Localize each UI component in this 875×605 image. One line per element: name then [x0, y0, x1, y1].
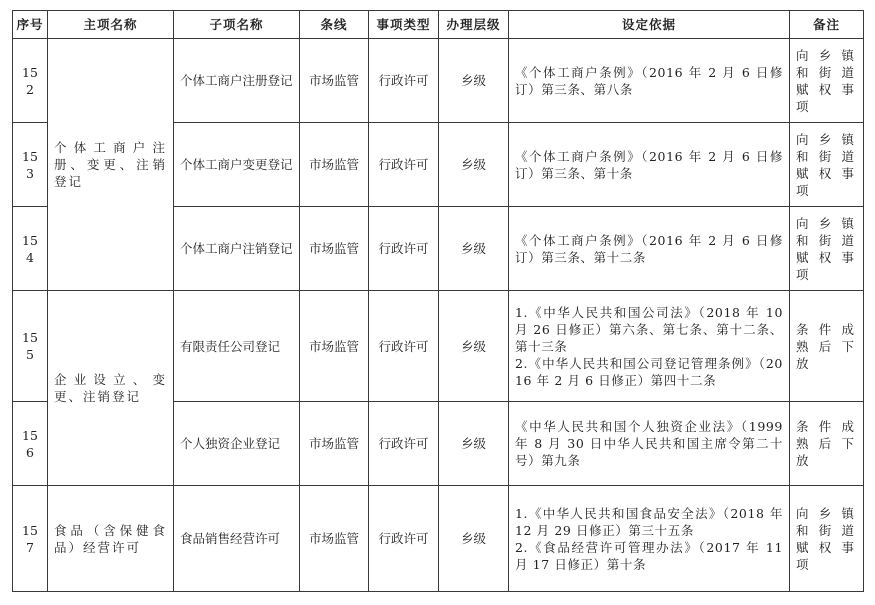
sub-item-cell: 个体工商户注销登记 [174, 207, 300, 291]
level-cell: 乡级 [439, 123, 509, 207]
table-row: 157 食品（含保健食品）经营许可 食品销售经营许可 市场监管 行政许可 乡级 … [13, 486, 864, 592]
line-cell: 市场监管 [300, 486, 369, 592]
sub-item-cell: 个人独资企业登记 [174, 402, 300, 486]
basis-line: 1.《中华人民共和国公司法》（2018 年 10 月 26 日修正）第六条、第七… [515, 304, 783, 355]
sub-item-cell: 个体工商户变更登记 [174, 123, 300, 207]
level-cell: 乡级 [439, 39, 509, 123]
header-level: 办理层级 [439, 11, 509, 39]
basis-line: 《个体工商户条例》（2016 年 2 月 6 日修订）第三条、第十二条 [515, 232, 783, 266]
items-table: 序号 主项名称 子项名称 条线 事项类型 办理层级 设定依据 备注 152 个体… [12, 10, 864, 592]
table-row: 155 企业设立、变更、注销登记 有限责任公司登记 市场监管 行政许可 乡级 1… [13, 291, 864, 402]
note-cell: 条件成熟后下放 [790, 291, 864, 402]
basis-cell: 1.《中华人民共和国公司法》（2018 年 10 月 26 日修正）第六条、第七… [509, 291, 790, 402]
sub-item-cell: 有限责任公司登记 [174, 291, 300, 402]
sub-item-cell: 食品销售经营许可 [174, 486, 300, 592]
level-cell: 乡级 [439, 207, 509, 291]
basis-line: 《个体工商户条例》（2016 年 2 月 6 日修订）第三条、第八条 [515, 64, 783, 98]
header-row: 序号 主项名称 子项名称 条线 事项类型 办理层级 设定依据 备注 [13, 11, 864, 39]
header-type: 事项类型 [369, 11, 439, 39]
basis-cell: 《个体工商户条例》（2016 年 2 月 6 日修订）第三条、第十二条 [509, 207, 790, 291]
level-cell: 乡级 [439, 402, 509, 486]
note-cell: 向乡镇和街道赋权事项 [790, 486, 864, 592]
header-basis: 设定依据 [509, 11, 790, 39]
header-main-item: 主项名称 [48, 11, 174, 39]
table-row: 152 个体工商户注册、变更、注销登记 个体工商户注册登记 市场监管 行政许可 … [13, 39, 864, 123]
basis-line: 2.《食品经营许可管理办法》（2017 年 11 月 17 日修正）第十条 [515, 539, 783, 573]
basis-cell: 《个体工商户条例》（2016 年 2 月 6 日修订）第三条、第八条 [509, 39, 790, 123]
note-cell: 向乡镇和街道赋权事项 [790, 123, 864, 207]
type-cell: 行政许可 [369, 291, 439, 402]
type-cell: 行政许可 [369, 123, 439, 207]
main-item-cell: 个体工商户注册、变更、注销登记 [48, 39, 174, 291]
row-number: 155 [13, 291, 48, 402]
sub-item-cell: 个体工商户注册登记 [174, 39, 300, 123]
note-cell: 条件成熟后下放 [790, 402, 864, 486]
note-cell: 向乡镇和街道赋权事项 [790, 207, 864, 291]
header-line: 条线 [300, 11, 369, 39]
row-number: 157 [13, 486, 48, 592]
row-number: 156 [13, 402, 48, 486]
level-cell: 乡级 [439, 486, 509, 592]
row-number: 153 [13, 123, 48, 207]
header-sub-item: 子项名称 [174, 11, 300, 39]
header-no: 序号 [13, 11, 48, 39]
type-cell: 行政许可 [369, 402, 439, 486]
row-number: 152 [13, 39, 48, 123]
basis-line: 2.《中华人民共和国公司登记管理条例》（2016 年 2 月 6 日修正）第四十… [515, 355, 783, 389]
type-cell: 行政许可 [369, 486, 439, 592]
line-cell: 市场监管 [300, 39, 369, 123]
level-cell: 乡级 [439, 291, 509, 402]
basis-cell: 《个体工商户条例》（2016 年 2 月 6 日修订）第三条、第十条 [509, 123, 790, 207]
basis-line: 《个体工商户条例》（2016 年 2 月 6 日修订）第三条、第十条 [515, 148, 783, 182]
line-cell: 市场监管 [300, 402, 369, 486]
type-cell: 行政许可 [369, 207, 439, 291]
basis-cell: 1.《中华人民共和国食品安全法》（2018 年 12 月 29 日修正）第三十五… [509, 486, 790, 592]
line-cell: 市场监管 [300, 123, 369, 207]
line-cell: 市场监管 [300, 207, 369, 291]
row-number: 154 [13, 207, 48, 291]
main-item-cell: 企业设立、变更、注销登记 [48, 291, 174, 486]
basis-line: 1.《中华人民共和国食品安全法》（2018 年 12 月 29 日修正）第三十五… [515, 505, 783, 539]
main-item-cell: 食品（含保健食品）经营许可 [48, 486, 174, 592]
header-note: 备注 [790, 11, 864, 39]
type-cell: 行政许可 [369, 39, 439, 123]
basis-cell: 《中华人民共和国个人独资企业法》（1999 年 8 月 30 日中华人民共和国主… [509, 402, 790, 486]
line-cell: 市场监管 [300, 291, 369, 402]
note-cell: 向乡镇和街道赋权事项 [790, 39, 864, 123]
basis-line: 《中华人民共和国个人独资企业法》（1999 年 8 月 30 日中华人民共和国主… [515, 418, 783, 469]
